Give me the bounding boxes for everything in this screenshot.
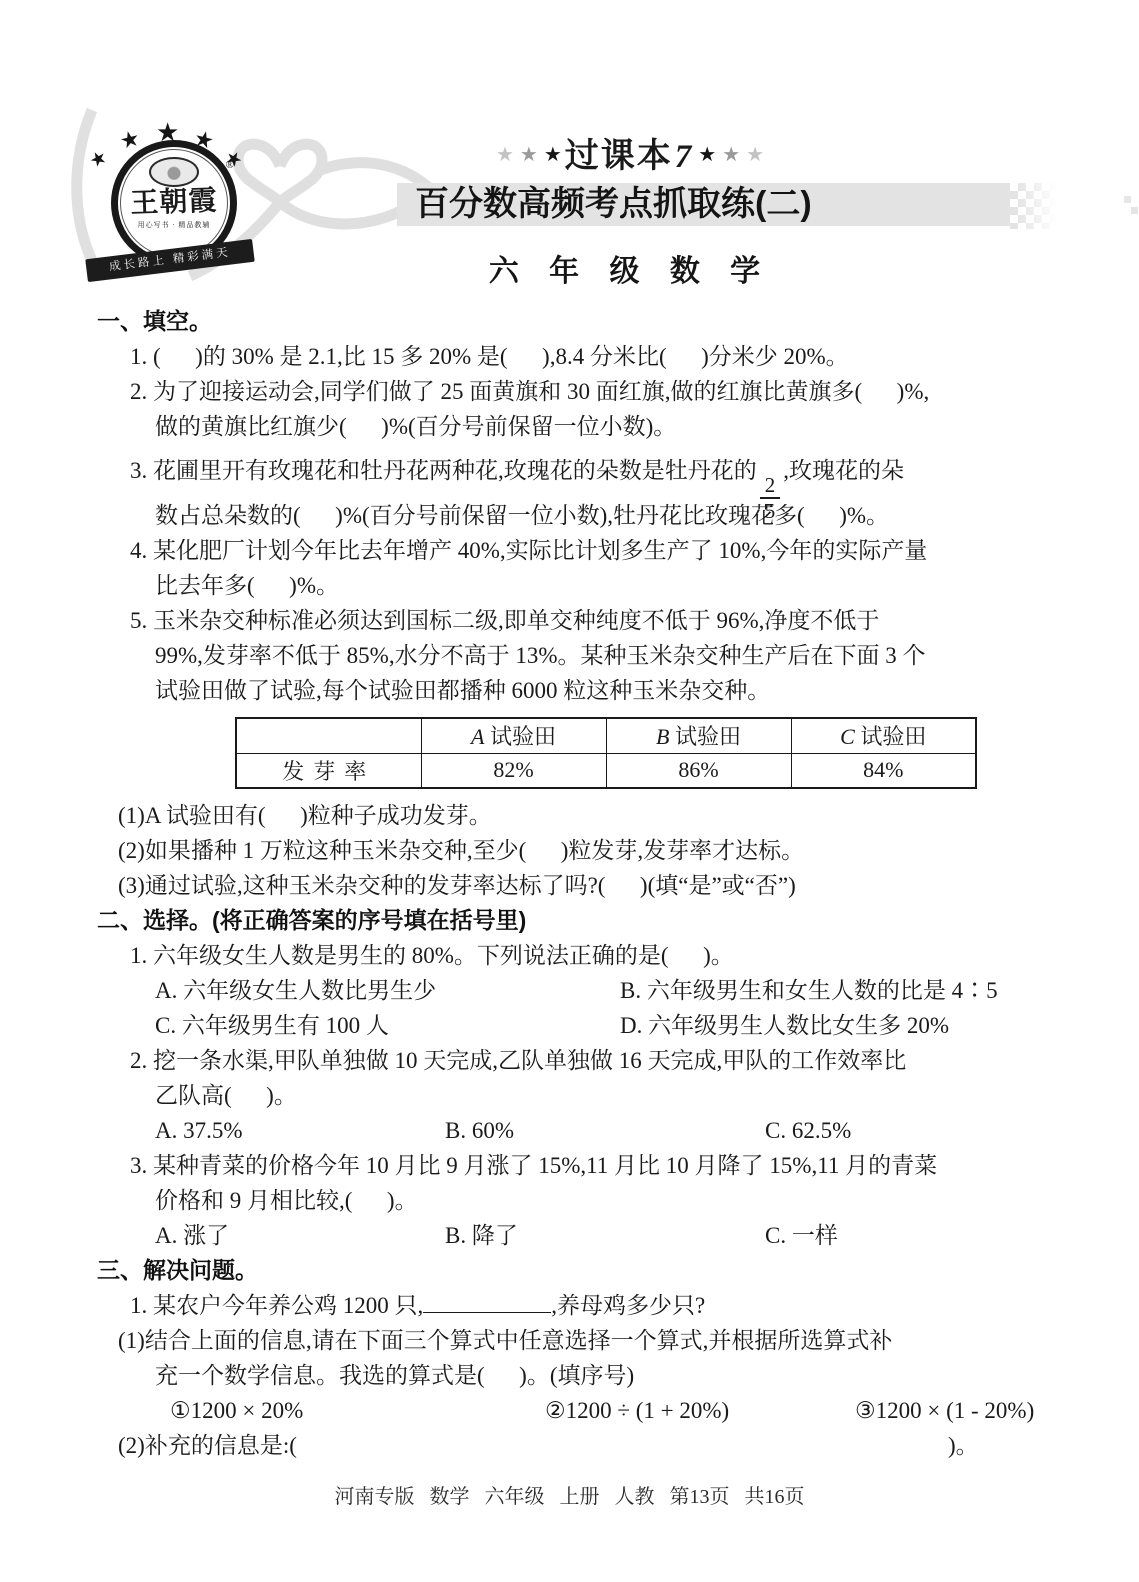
solve-q1-post: ,养母鸡多少只?	[551, 1293, 705, 1318]
formula-2: ②1200 ÷ (1 + 20%)	[545, 1393, 729, 1428]
fill-q4-line1: 4. 某化肥厂计划今年比去年增产 40%,实际比计划多生产了 10%,今年的实际…	[130, 533, 1139, 568]
choice-q1: 1. 六年级女生人数是男生的 80%。下列说法正确的是( )。	[130, 938, 1139, 973]
fraction-numerator: 2	[760, 474, 781, 499]
star-icon: ★	[496, 144, 514, 166]
solve-q1: 1. 某农户今年养公鸡 1200 只,,养母鸡多少只?	[130, 1288, 1139, 1323]
fill-q3-line2: 数占总朵数的( )%(百分号前保留一位小数),牡丹花比玫瑰花多( )%。	[155, 498, 1139, 533]
solve-q1-pre: 1. 某农户今年养公鸡 1200 只,	[130, 1293, 423, 1318]
table-header-cell: A 试验田	[421, 718, 606, 753]
table-corner-cell	[236, 718, 421, 753]
value-cell: 86%	[606, 753, 791, 788]
value-cell: 84%	[791, 753, 976, 788]
section-banner-title: 百分数高频考点抓取练(二)	[397, 183, 1010, 226]
choice-q2-line1: 2. 挖一条水渠,甲队单独做 10 天完成,乙队单独做 16 天完成,甲队的工作…	[130, 1043, 1139, 1078]
fill-q2-line1: 2. 为了迎接运动会,同学们做了 25 面黄旗和 30 面红旗,做的红旗比黄旗多…	[130, 374, 1139, 409]
table-header-row: A 试验田 B 试验田 C 试验田	[236, 718, 976, 753]
value-a: 82%	[422, 757, 606, 783]
worksheet-page: ★ ★ ★ ★ ★ 王朝霞 用心写书 · 精品教辅 ® 成长路上 精彩满天 ★★…	[0, 0, 1139, 1582]
option-b: B. 降了	[445, 1218, 518, 1253]
col-header-c: C 试验田	[792, 720, 976, 751]
fill-q2-line2: 做的黄旗比红旗少( )%(百分号前保留一位小数)。	[155, 409, 1139, 444]
col-header-b: B 试验田	[607, 720, 791, 751]
option-a: A. 涨了	[155, 1218, 229, 1253]
star-icon: ★	[520, 144, 538, 166]
value-b: 86%	[607, 757, 791, 783]
option-d: D. 六年级男生人数比女生多 20%	[620, 1008, 949, 1043]
choice-q3-line2: 价格和 9 月相比较,( )。	[155, 1183, 1139, 1218]
logo-brand-name: 王朝霞	[118, 186, 231, 220]
option-c: C. 62.5%	[765, 1113, 851, 1148]
table-header-cell: B 试验田	[606, 718, 791, 753]
edge-mark	[1131, 207, 1138, 214]
fill-in-blank-line	[423, 1292, 551, 1313]
option-c: C. 六年级男生有 100 人	[155, 1008, 389, 1043]
fill-q5-line1: 5. 玉米杂交种标准必须达到国标二级,即单交种纯度不低于 96%,净度不低于	[130, 603, 1139, 638]
option-b: B. 60%	[445, 1113, 514, 1148]
row-label: 发芽率	[237, 755, 421, 786]
formula-1: ①1200 × 20%	[170, 1393, 303, 1428]
solve-p2-line: (2)补充的信息是:( )。	[0, 1428, 1139, 1463]
choice-q2-options: A. 37.5% B. 60% C. 62.5%	[0, 1113, 1139, 1148]
table-data-row: 发芽率 82% 86% 84%	[236, 753, 976, 788]
option-a: A. 37.5%	[155, 1113, 243, 1148]
choice-q3-line1: 3. 某种青菜的价格今年 10 月比 9 月涨了 15%,11 月比 10 月降…	[130, 1148, 1139, 1183]
row-label-cell: 发芽率	[236, 753, 421, 788]
fill-q5-line3: 试验田做了试验,每个试验田都播种 6000 粒这种玉米杂交种。	[155, 673, 1139, 708]
edge-mark	[1124, 196, 1131, 203]
value-c: 84%	[792, 757, 976, 783]
solve-p1-line1: (1)结合上面的信息,请在下面三个算式中任意选择一个算式,并根据所选算式补	[118, 1323, 1139, 1358]
lesson-badge-title: ★★★过课本7★★★	[400, 128, 860, 177]
option-c: C. 一样	[765, 1218, 838, 1253]
solve-p2-close: )。	[948, 1428, 979, 1463]
section-1-heading: 一、填空。	[97, 304, 1139, 339]
choice-q3-options: A. 涨了 B. 降了 C. 一样	[0, 1218, 1139, 1253]
page-title-grade-subject: 六 年 级 数 学	[420, 246, 840, 290]
choice-q2-line2: 乙队高( )。	[155, 1078, 1139, 1113]
fill-q3-post: ,玫瑰花的朵	[783, 458, 904, 483]
fill-q5-sub2: (2)如果播种 1 万粒这种玉米杂交种,至少( )粒发芽,发芽率才达标。	[118, 833, 1139, 868]
germination-rate-table: A 试验田 B 试验田 C 试验田 发芽率 82% 86% 84%	[235, 717, 977, 789]
value-cell: 82%	[421, 753, 606, 788]
fill-q5-sub1: (1)A 试验田有( )粒种子成功发芽。	[118, 798, 1139, 833]
worksheet-body: 一、填空。 1. ( )的 30% 是 2.1,比 15 多 20% 是( ),…	[0, 304, 1139, 1463]
lesson-title-text: 过课本	[565, 138, 673, 175]
star-icon: ★	[746, 144, 764, 166]
star-icon: ★	[544, 144, 562, 166]
star-icon: ★	[698, 144, 716, 166]
star-icon: ★	[86, 145, 112, 173]
section-2-heading: 二、选择。(将正确答案的序号填在括号里)	[97, 903, 1139, 938]
solve-p1-line2: 充一个数学信息。我选的算式是( )。(填序号)	[155, 1358, 1139, 1393]
fill-q1: 1. ( )的 30% 是 2.1,比 15 多 20% 是( ),8.4 分米…	[130, 339, 1139, 374]
fill-q4-line2: 比去年多( )%。	[155, 568, 1139, 603]
portrait-icon	[149, 157, 199, 187]
solve-p2-pre: (2)补充的信息是:(	[118, 1428, 297, 1463]
page-footer: 河南专版 数学 六年级 上册 人教 第13页 共16页	[0, 1480, 1139, 1509]
banner-checker-fade	[1010, 183, 1062, 229]
registered-mark-icon: ®	[226, 159, 234, 171]
formula-3: ③1200 × (1 - 20%)	[855, 1393, 1034, 1428]
wangzhaoxia-logo-badge: ★ ★ ★ ★ ★ 王朝霞 用心写书 · 精品教辅 ® 成长路上 精彩满天	[84, 114, 274, 272]
col-header-a: A 试验田	[422, 720, 606, 751]
fill-q5-sub3: (3)通过试验,这种玉米杂交种的发芽率达标了吗?( )(填“是”或“否”)	[118, 868, 1139, 903]
option-b: B. 六年级男生和女生人数的比是 4∶5	[620, 973, 998, 1008]
lesson-number: 7	[675, 139, 694, 175]
fill-q3-pre: 3. 花圃里开有玫瑰花和牡丹花两种花,玫瑰花的朵数是牡丹花的	[130, 458, 757, 483]
option-a: A. 六年级女生人数比男生少	[155, 973, 436, 1008]
table-header-cell: C 试验田	[791, 718, 976, 753]
logo-tagline: 用心写书 · 精品教辅	[118, 220, 230, 230]
fill-q5-line2: 99%,发芽率不低于 85%,水分不高于 13%。某种玉米杂交种生产后在下面 3…	[155, 638, 1139, 673]
star-icon: ★	[722, 144, 740, 166]
choice-q1-options-row2: C. 六年级男生有 100 人 D. 六年级男生人数比女生多 20%	[0, 1008, 1139, 1043]
fill-q3-line1: 3. 花圃里开有玫瑰花和牡丹花两种花,玫瑰花的朵数是牡丹花的25,玫瑰花的朵	[130, 444, 1139, 498]
section-3-heading: 三、解决问题。	[97, 1253, 1139, 1288]
choice-q1-options-row1: A. 六年级女生人数比男生少 B. 六年级男生和女生人数的比是 4∶5	[0, 973, 1139, 1008]
solve-formula-options: ①1200 × 20% ②1200 ÷ (1 + 20%) ③1200 × (1…	[0, 1393, 1139, 1428]
